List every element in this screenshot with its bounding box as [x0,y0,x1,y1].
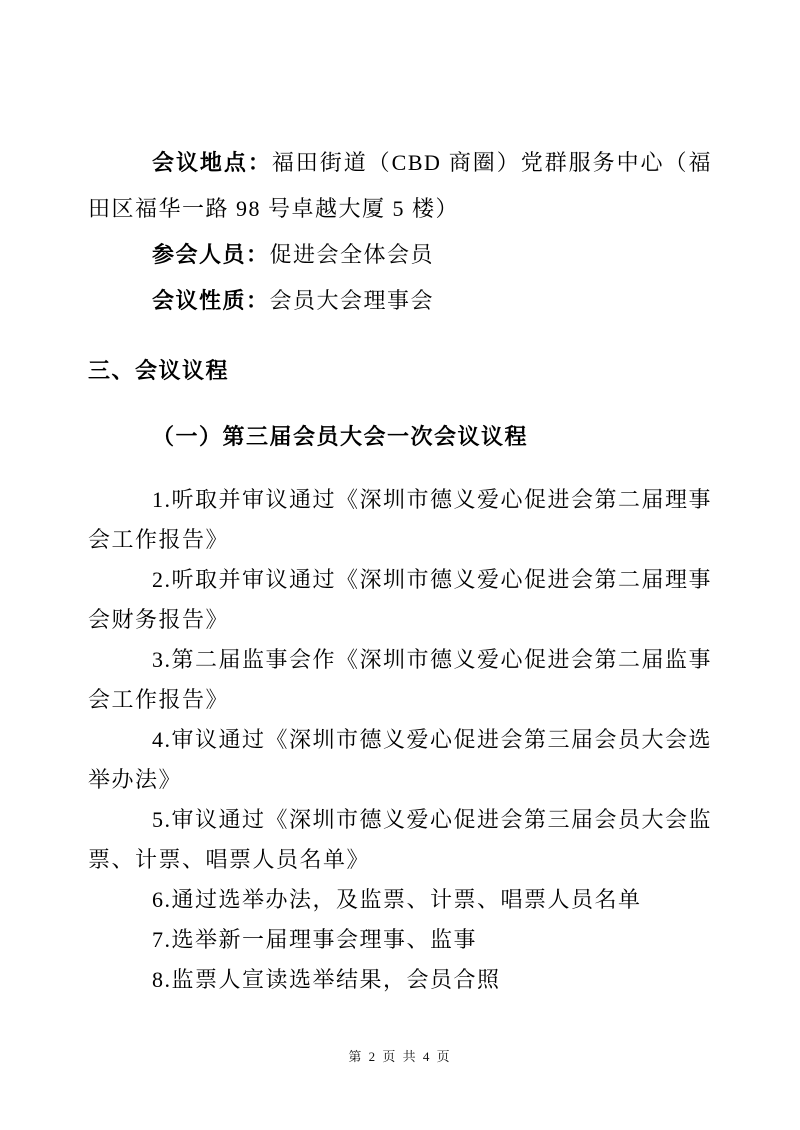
agenda-item-8: 8.监票人宣读选举结果，会员合照 [88,960,712,1000]
meta-value-nature: 会员大会理事会 [270,288,435,313]
meta-label-location: 会议地点： [152,150,272,175]
document-content: 会议地点：福田街道（CBD 商圈）党群服务中心（福田区福华一路 98 号卓越大厦… [88,140,712,1000]
agenda-list: 1.听取并审议通过《深圳市德义爱心促进会第二届理事会工作报告》 2.听取并审议通… [88,480,712,1000]
page-number-footer: 第 2 页 共 4 页 [0,1046,800,1065]
agenda-item-1: 1.听取并审议通过《深圳市德义爱心促进会第二届理事会工作报告》 [88,480,712,560]
meta-row-attendees: 参会人员：促进会全体会员 [88,232,712,278]
meta-value-attendees: 促进会全体会员 [270,242,435,267]
subsection-heading: （一）第三届会员大会一次会议议程 [88,414,712,460]
section-heading: 三、会议议程 [88,348,712,394]
agenda-item-3: 3.第二届监事会作《深圳市德义爱心促进会第二届监事会工作报告》 [88,640,712,720]
agenda-item-7: 7.选举新一届理事会理事、监事 [88,920,712,960]
agenda-item-6: 6.通过选举办法，及监票、计票、唱票人员名单 [88,880,712,920]
agenda-item-4: 4.审议通过《深圳市德义爱心促进会第三届会员大会选举办法》 [88,720,712,800]
meta-label-attendees: 参会人员： [152,242,270,267]
meta-label-nature: 会议性质： [152,288,270,313]
meta-row-location: 会议地点：福田街道（CBD 商圈）党群服务中心（福田区福华一路 98 号卓越大厦… [88,140,712,232]
agenda-item-5: 5.审议通过《深圳市德义爱心促进会第三届会员大会监票、计票、唱票人员名单》 [88,800,712,880]
document-page: 会议地点：福田街道（CBD 商圈）党群服务中心（福田区福华一路 98 号卓越大厦… [0,0,800,1130]
meta-row-nature: 会议性质：会员大会理事会 [88,278,712,324]
agenda-item-2: 2.听取并审议通过《深圳市德义爱心促进会第二届理事会财务报告》 [88,560,712,640]
